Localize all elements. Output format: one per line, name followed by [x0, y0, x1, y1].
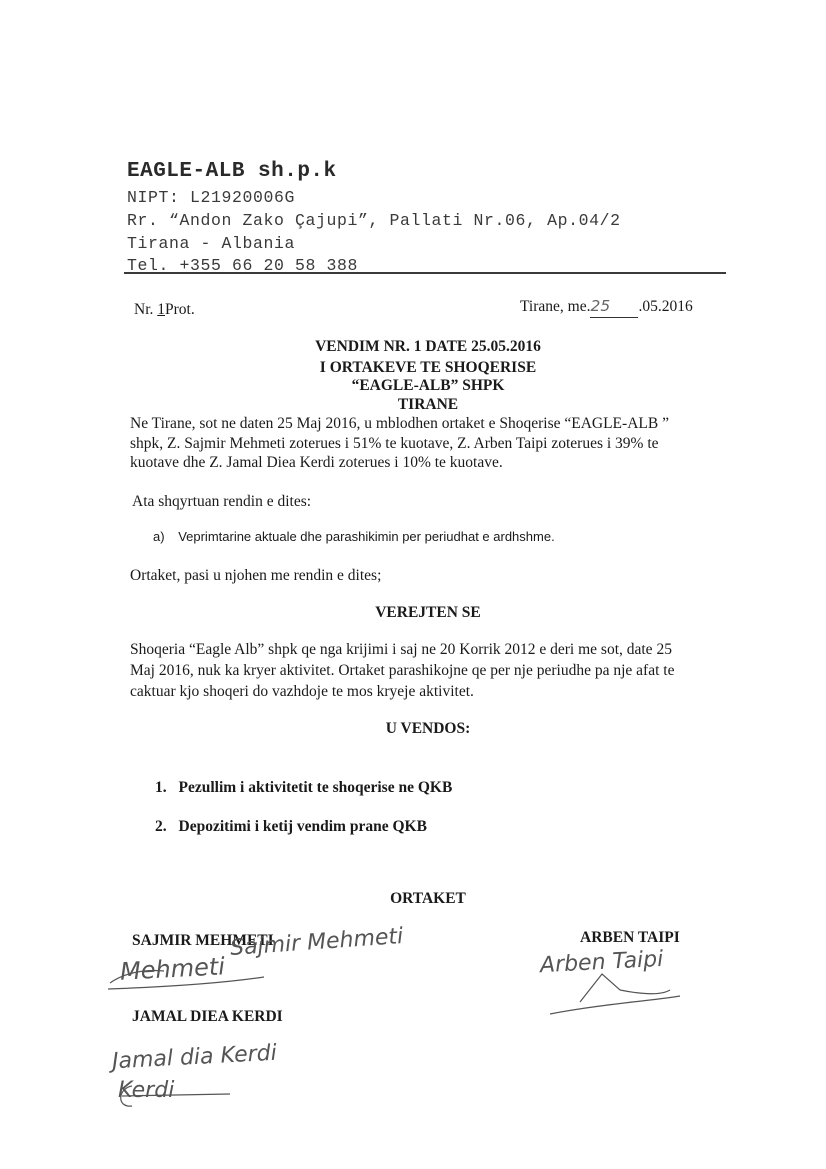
intro-line-2: shpk, Z. Sajmir Mehmeti zoterues i 51% t… — [130, 433, 659, 454]
partner-name-arben: ARBEN TAIPI — [580, 927, 680, 948]
agenda-heading: Ata shqyrtuan rendin e dites: — [132, 491, 311, 512]
decision-item-text: Depozitimi i ketij vendim prane QKB — [179, 818, 427, 835]
date-prefix: Tirane, me. — [520, 298, 590, 315]
decision-item-1: 1. Pezullim i aktivitetit te shoqerise n… — [155, 777, 452, 798]
signature-jamal: Jamal dia Kerdi — [111, 1041, 277, 1075]
signatures-heading: ORTAKET — [15, 888, 826, 909]
protocol-suffix: Prot. — [165, 301, 195, 318]
protocol-number: Nr. 1Prot. — [134, 299, 195, 320]
agenda-after: Ortaket, pasi u njohen me rendin e dites… — [130, 565, 381, 586]
protocol-prefix: Nr. — [134, 301, 153, 318]
observations-line-3: caktuar kjo shoqeri do vazhdoje te mos k… — [130, 681, 474, 702]
agenda-item: a) Veprimtarine aktuale dhe parashikimin… — [153, 529, 555, 544]
intro-line-1: Ne Tirane, sot ne daten 25 Maj 2016, u m… — [130, 413, 669, 434]
protocol-value: 1 — [157, 301, 165, 318]
intro-line-3: kuotave dhe Z. Jamal Diea Kerdi zoterues… — [130, 452, 503, 473]
city: Tirana - Albania — [127, 234, 295, 253]
agenda-item-text: Veprimtarine aktuale dhe parashikimin pe… — [178, 529, 555, 544]
nipt: NIPT: L21920006G — [127, 188, 295, 207]
signature-stroke-jamal — [112, 1078, 252, 1123]
letterhead-divider — [124, 272, 726, 274]
title-line-3: “EAGLE-ALB” SHPK — [15, 375, 826, 396]
agenda-item-marker: a) — [153, 529, 165, 544]
partner-name-jamal: JAMAL DIEA KERDI — [132, 1006, 283, 1027]
signature-stroke-sajmir — [104, 955, 284, 995]
observations-line-1: Shoqeria “Eagle Alb” shpk qe nga krijimi… — [130, 639, 672, 660]
date-day-handwritten: 25 — [590, 296, 638, 318]
address: Rr. “Andon Zako Çajupi”, Pallati Nr.06, … — [127, 211, 621, 230]
decision-item-marker: 2. — [155, 818, 167, 835]
company-name: EAGLE-ALB sh.p.k — [127, 160, 337, 183]
date-suffix: .05.2016 — [638, 298, 692, 315]
decision-item-marker: 1. — [155, 779, 167, 796]
observations-heading: VEREJTEN SE — [15, 602, 826, 623]
observations-line-2: Maj 2016, nuk ka kryer aktivitet. Ortake… — [130, 660, 674, 681]
decision-item-2: 2. Depozitimi i ketij vendim prane QKB — [155, 816, 427, 837]
title-line-1: VENDIM NR. 1 DATE 25.05.2016 — [15, 336, 826, 357]
title-line-4: TIRANE — [15, 394, 826, 415]
decision-item-text: Pezullim i aktivitetit te shoqerise ne Q… — [179, 779, 453, 796]
signature-stroke-arben — [540, 960, 740, 1020]
decision-heading: U VENDOS: — [15, 718, 826, 739]
date-line: Tirane, me.25.05.2016 — [520, 296, 693, 318]
